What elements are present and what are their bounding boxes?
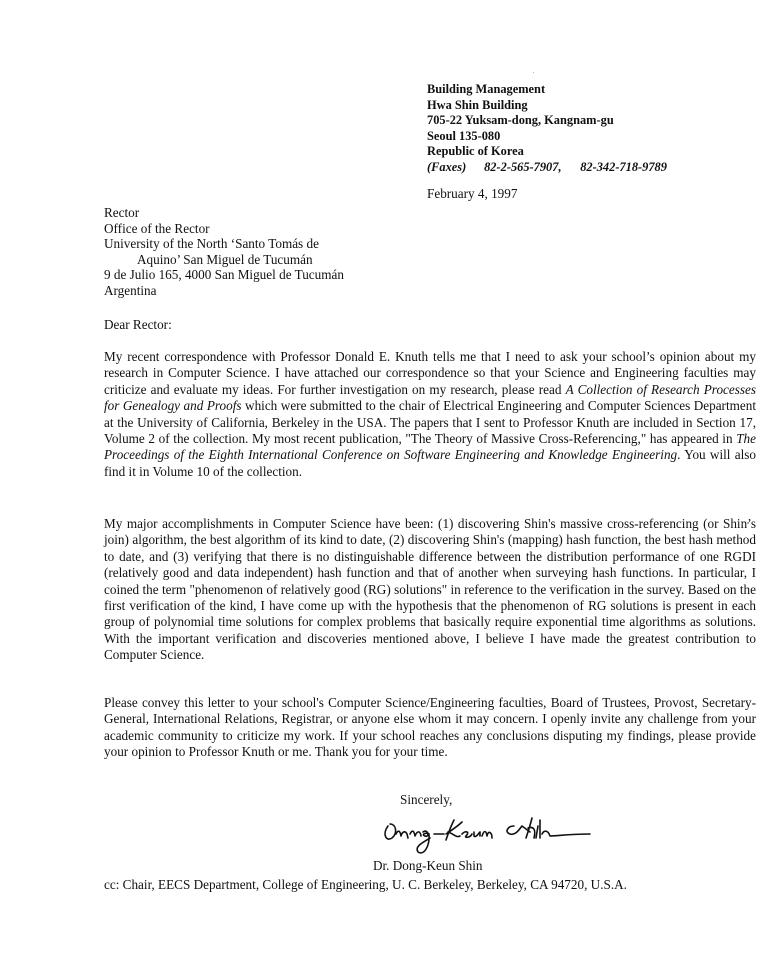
sender-line: Building Management bbox=[427, 82, 667, 98]
scan-speck bbox=[747, 522, 749, 524]
fax-label: (Faxes) bbox=[427, 160, 481, 176]
fax-number: 82-342-718-9789 bbox=[580, 160, 667, 176]
salutation: Dear Rector: bbox=[104, 317, 172, 333]
sender-line: Republic of Korea bbox=[427, 144, 667, 160]
sender-line: Seoul 135-080 bbox=[427, 129, 667, 145]
body-paragraph-3: Please convey this letter to your school… bbox=[104, 695, 756, 761]
body-paragraph-1: My recent correspondence with Professor … bbox=[104, 349, 756, 480]
recipient-line: 9 de Julio 165, 4000 San Miguel de Tucum… bbox=[104, 267, 344, 283]
signature-icon: Dong-Keun Shin bbox=[380, 812, 600, 862]
sender-fax-line: (Faxes) 82-2-565-7907, 82-342-718-9789 bbox=[427, 160, 667, 176]
body-paragraph-2: My major accomplishments in Computer Sci… bbox=[104, 516, 756, 664]
scan-speck bbox=[723, 571, 725, 573]
recipient-line: University of the North ‘Santo Tomás de bbox=[104, 236, 344, 252]
sender-line: Hwa Shin Building bbox=[427, 98, 667, 114]
fax-number: 82-2-565-7907, bbox=[484, 160, 577, 176]
closing: Sincerely, bbox=[400, 792, 452, 808]
recipient-line: Aquino’ San Miguel de Tucumán bbox=[104, 252, 344, 268]
recipient-address-block: Rector Office of the Rector University o… bbox=[104, 205, 344, 299]
signer-name: Dr. Dong-Keun Shin bbox=[373, 858, 483, 874]
recipient-line: Office of the Rector bbox=[104, 221, 344, 237]
cc-line: cc: Chair, EECS Department, College of E… bbox=[104, 877, 627, 893]
letter-date: February 4, 1997 bbox=[427, 186, 517, 202]
recipient-line: Rector bbox=[104, 205, 344, 221]
sender-address-block: Building Management Hwa Shin Building 70… bbox=[427, 82, 667, 176]
recipient-line: Argentina bbox=[104, 283, 344, 299]
scan-speck bbox=[533, 72, 534, 73]
sender-line: 705-22 Yuksam-dong, Kangnam-gu bbox=[427, 113, 667, 129]
